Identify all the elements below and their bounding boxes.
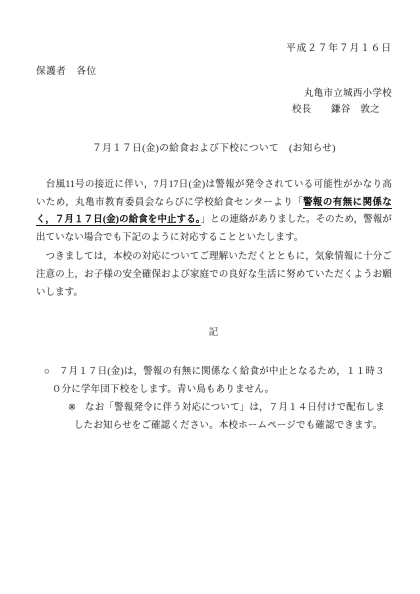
reference-note: ※なお「警報発令に伴う対応について」は，７月１４日付けで配布しましたお知らせをご… — [62, 400, 392, 435]
dismissal-list-item: ○７月１７日(金)は，警報の有無に関係なく給食が中止となるため，１１時３０分に学… — [44, 364, 392, 399]
paragraph-request: つきましては，本校の対応についてご理解いただくとともに，気象情報に十分ご注意の上… — [36, 249, 392, 302]
ki-heading: 記 — [36, 324, 392, 338]
sender-block: 丸亀市立城西小学校 校長 鎌谷 敦之 — [36, 86, 392, 118]
reference-mark: ※ — [68, 403, 76, 413]
document-title: ７月１７日(金)の給食および下校について (お知らせ) — [36, 140, 392, 154]
reference-note-text: なお「警報発令に伴う対応について」は，７月１４日付けで配布しましたお知らせをご確… — [74, 403, 385, 431]
addressee-line: 保護者 各位 — [36, 63, 392, 77]
circle-bullet: ○ — [44, 367, 50, 377]
document-page: 平成２７年７月１６日 保護者 各位 丸亀市立城西小学校 校長 鎌谷 敦之 ７月１… — [0, 0, 420, 594]
dismissal-item-text: ７月１７日(金)は，警報の有無に関係なく給食が中止となるため，１１時３０分に学年… — [52, 367, 385, 395]
school-name: 丸亀市立城西小学校 — [36, 86, 392, 102]
paragraph-typhoon-notice: 台風11号の接近に伴い，7月17日(金)は警報が発令されている可能性がかなり高い… — [36, 177, 392, 247]
document-date: 平成２７年７月１６日 — [36, 40, 392, 54]
principal-name: 校長 鎌谷 敦之 — [36, 102, 392, 118]
